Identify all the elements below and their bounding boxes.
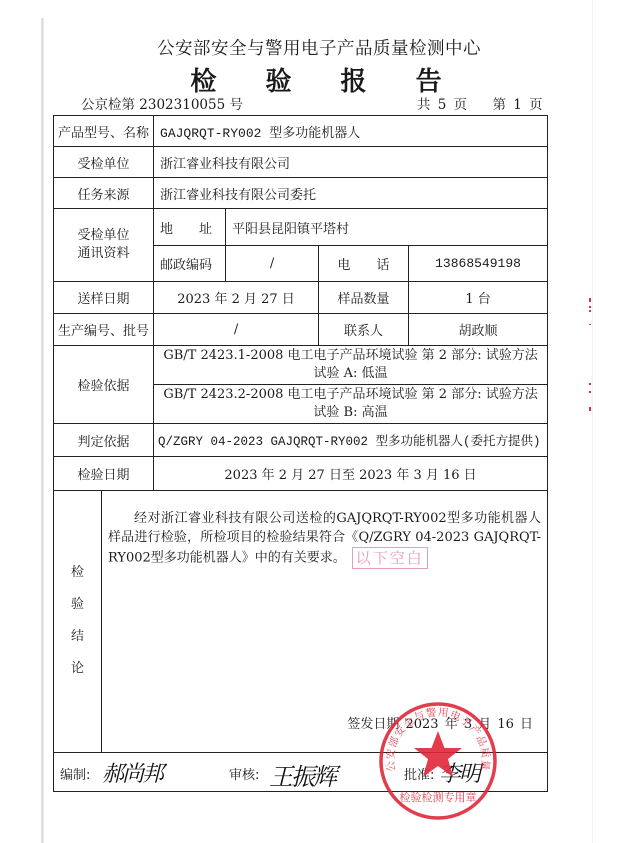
row-product: 产品型号、名称 GAJQRQT-RY002 型多功能机器人 (54, 116, 548, 147)
row-delivery: 送样日期 2023 年 2 月 27 日 样品数量 1 台 (54, 282, 548, 314)
basis-standard-1: GB/T 2423.1-2008 电工电子产品环境试验 第 2 部分: 试验方法… (154, 346, 548, 385)
total-pages: 共 5 页 (417, 97, 467, 113)
issue-date: 签发日期 2023 年 3 月 16 日 (347, 713, 533, 732)
conclusion-label-chars: 检 验 结 论 (54, 521, 101, 685)
row-client: 受检单位 浙江睿业科技有限公司 (54, 147, 548, 178)
test-date-value: 2023 年 2 月 27 日至 2023 年 3 月 16 日 (154, 457, 548, 491)
row-serial: 生产编号、批号 / 联系人 胡政顺 (54, 314, 548, 346)
current-page: 第 1 页 (492, 97, 542, 113)
organization-name: 公安部安全与警用电子产品质量检测中心 (0, 35, 638, 60)
task-source-label: 任务来源 (54, 178, 154, 209)
judgement-value: Q/ZGRY 04-2023 GAJQRQT-RY002 型多功能机器人(委托方… (154, 424, 548, 457)
phone-value: 13868549198 (409, 246, 548, 282)
task-source-value: 浙江睿业科技有限公司委托 (154, 178, 548, 209)
serial-value: / (154, 314, 319, 346)
product-value: GAJQRQT-RY002 型多功能机器人 (154, 116, 548, 147)
compiled-signature: 郝尚邦 (102, 757, 162, 788)
conclusion-char: 论 (54, 653, 101, 685)
conclusion-char: 检 (54, 557, 101, 589)
phone-label: 电 话 (319, 246, 409, 282)
approved-label: 批准: (404, 764, 434, 783)
blank-below-stamp: 以下空白 (352, 547, 428, 569)
page-edge-shadow (41, 18, 44, 843)
report-table: 产品型号、名称 GAJQRQT-RY002 型多功能机器人 受检单位 浙江睿业科… (53, 115, 548, 792)
conclusion-char: 验 (54, 589, 101, 621)
test-date-label: 检验日期 (54, 457, 154, 491)
compiled-label: 编制: (60, 764, 90, 783)
conclusion-text-block: 经对浙江睿业科技有限公司送检的GAJQRQT-RY002型多功能机器人样品进行检… (102, 491, 547, 569)
conclusion-body: 经对浙江睿业科技有限公司送检的GAJQRQT-RY002型多功能机器人样品进行检… (102, 491, 548, 753)
page-crease (592, 0, 593, 843)
conclusion-text: 经对浙江睿业科技有限公司送检的GAJQRQT-RY002型多功能机器人样品进行检… (108, 511, 541, 566)
conclusion-label: 检 验 结 论 (54, 491, 102, 753)
seal-bottom-text: 检验检测专用章 (400, 790, 477, 804)
page-indicator: 共 5 页 第 1 页 (413, 93, 543, 113)
contact-person-label: 联系人 (319, 314, 409, 346)
client-label: 受检单位 (54, 147, 154, 178)
row-address: 受检单位通讯资料 地 址 平阳县昆阳镇平塔村 (54, 209, 548, 246)
client-value: 浙江睿业科技有限公司 (154, 147, 548, 178)
sample-qty-value: 1 台 (409, 282, 548, 314)
report-number: 公京检第 2302310055 号 (81, 93, 243, 113)
judgement-label: 判定依据 (54, 424, 154, 457)
sample-qty-label: 样品数量 (319, 282, 409, 314)
red-edge-marks (589, 298, 591, 428)
conclusion-char: 结 (54, 621, 101, 653)
postcode-label: 邮政编码 (154, 246, 226, 282)
address-value: 平阳县昆阳镇平塔村 (226, 209, 548, 246)
contact-info-label: 受检单位通讯资料 (54, 209, 154, 282)
basis-standard-2: GB/T 2423.2-2008 电工电子产品环境试验 第 2 部分: 试验方法… (154, 385, 548, 424)
row-signatures: 编制: 郝尚邦 审核: 王振辉 批准: 李明 (54, 753, 548, 792)
serial-label: 生产编号、批号 (54, 314, 154, 346)
address-label: 地 址 (154, 209, 226, 246)
approved-signature: 李明 (439, 757, 479, 788)
basis-label: 检验依据 (54, 346, 154, 424)
reviewed-signature: 王振辉 (269, 757, 335, 792)
reviewed-label: 审核: (229, 764, 259, 783)
row-judgement: 判定依据 Q/ZGRY 04-2023 GAJQRQT-RY002 型多功能机器… (54, 424, 548, 457)
product-label: 产品型号、名称 (54, 116, 154, 147)
delivery-date-label: 送样日期 (54, 282, 154, 314)
row-conclusion: 检 验 结 论 经对浙江睿业科技有限公司送检的GAJQRQT-RY002型多功能… (54, 491, 548, 753)
postcode-value: / (226, 246, 319, 282)
row-test-date: 检验日期 2023 年 2 月 27 日至 2023 年 3 月 16 日 (54, 457, 548, 491)
signature-cell: 编制: 郝尚邦 审核: 王振辉 批准: 李明 (54, 753, 548, 792)
row-task-source: 任务来源 浙江睿业科技有限公司委托 (54, 178, 548, 209)
contact-person-value: 胡政顺 (409, 314, 548, 346)
row-basis-1: 检验依据 GB/T 2423.1-2008 电工电子产品环境试验 第 2 部分:… (54, 346, 548, 385)
contact-info-label-text: 受检单位通讯资料 (78, 228, 130, 261)
delivery-date-value: 2023 年 2 月 27 日 (154, 282, 319, 314)
